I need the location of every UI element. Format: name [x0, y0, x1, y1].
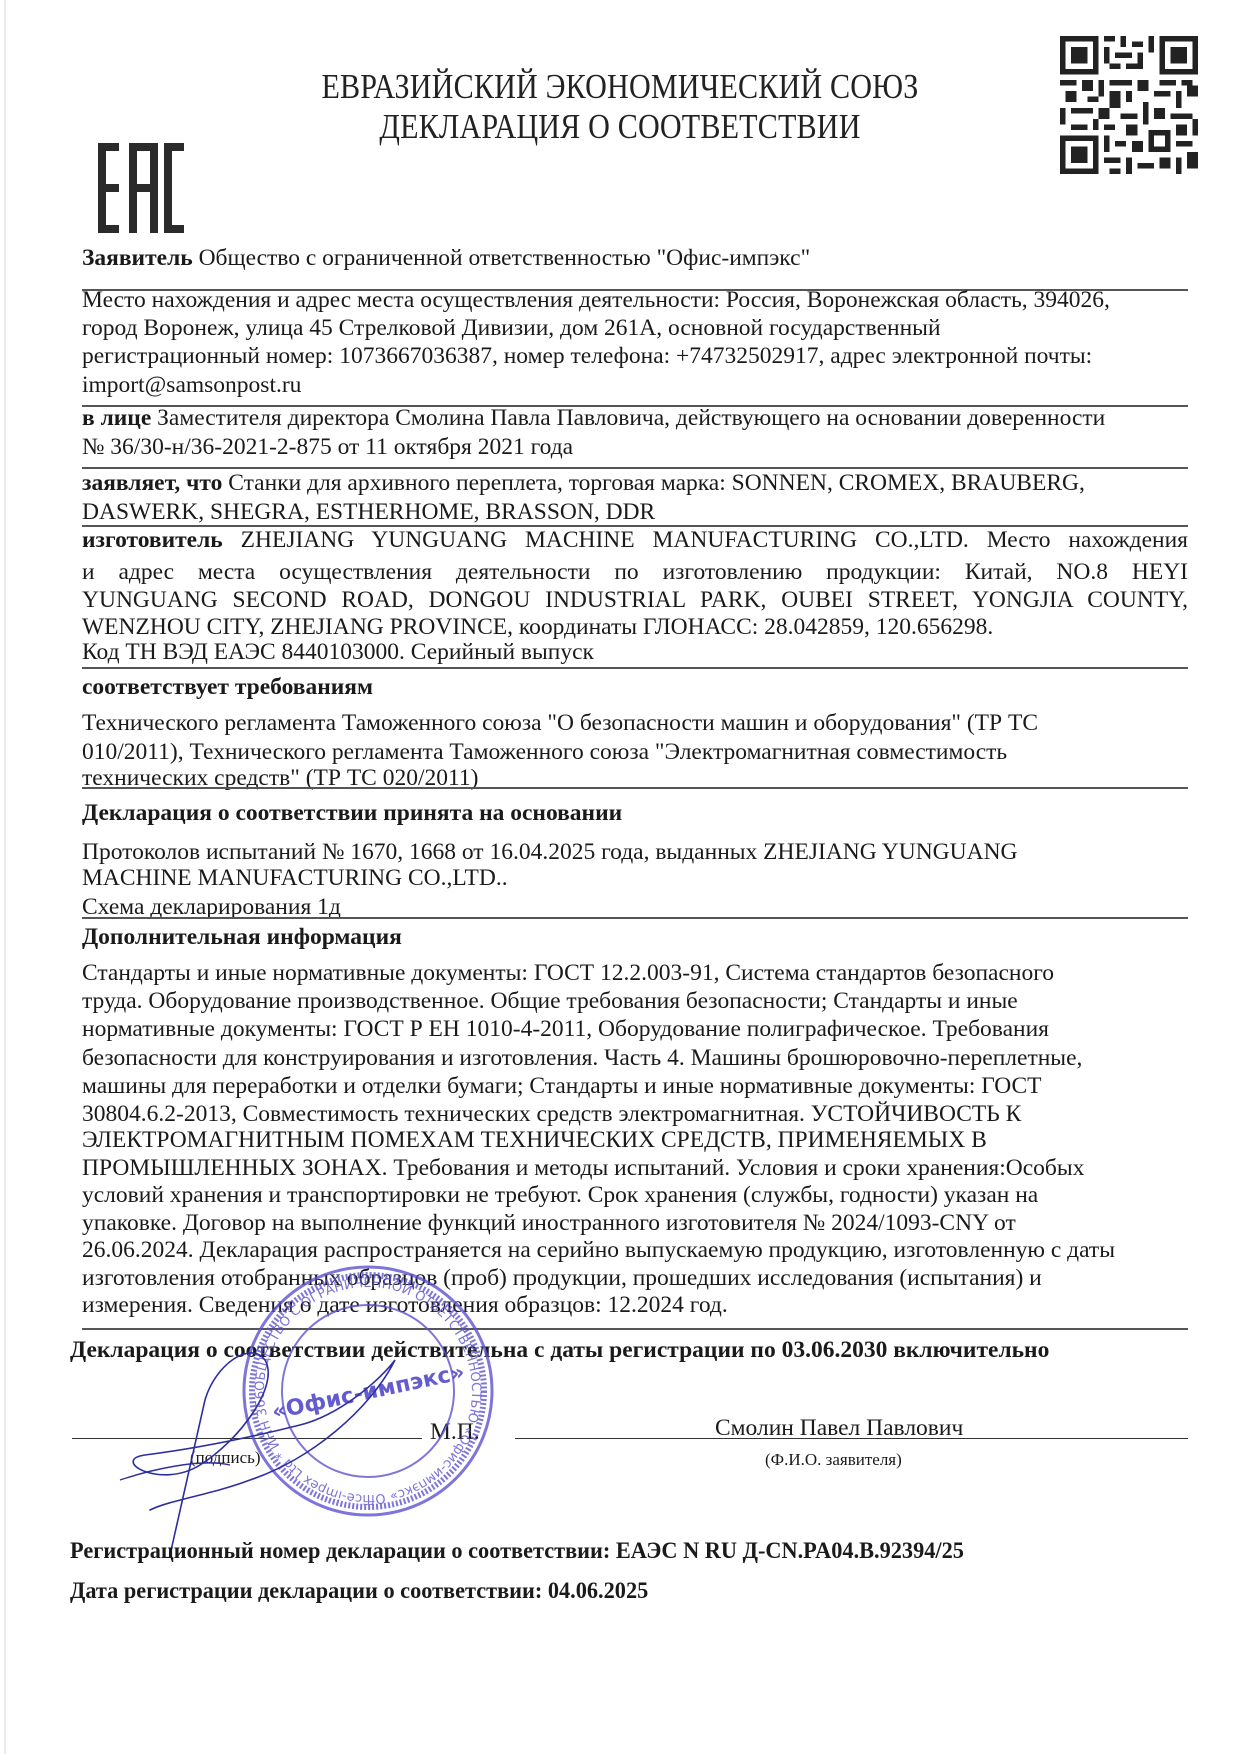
additional-line: 30804.6.2-2013, Совместимость технически…	[82, 1100, 1021, 1128]
representative-line-1: в лице Заместителя директора Смолина Пав…	[82, 404, 1105, 432]
applicant-label: Заявитель	[82, 245, 193, 271]
additional-line: условий хранения и транспортировки не тр…	[82, 1181, 1038, 1209]
basis-line-2: MACHINE MANUFACTURING CO.,LTD..	[82, 864, 508, 892]
applicant-line: Заявитель Общество с ограниченной ответс…	[82, 244, 810, 272]
declares-line-1: заявляет, что Станки для архивного переп…	[82, 469, 1085, 497]
address-line-1: Место нахождения и адрес места осуществл…	[82, 286, 1110, 314]
registration-date-label: Дата регистрации декларации о соответств…	[70, 1578, 542, 1603]
manufacturer-name: ZHEJIANG YUNGUANG MACHINE MANUFACTURING …	[241, 527, 1188, 553]
manufacturer-line-4: WENZHOU CITY, ZHEJIANG PROVINCE, координ…	[82, 613, 993, 641]
divider	[82, 917, 1188, 919]
address-line-3: регистрационный номер: 1073667036387, но…	[82, 342, 1092, 370]
additional-line: нормативные документы: ГОСТ Р ЕН 1010-4-…	[82, 1015, 1049, 1043]
additional-line: ЭЛЕКТРОМАГНИТНЫМ ПОМЕХАМ ТЕХНИЧЕСКИХ СРЕ…	[82, 1126, 987, 1154]
applicant-name: Смолин Павел Павлович	[715, 1414, 963, 1442]
manufacturer-line-2: и адрес места осуществления деятельности…	[82, 558, 1188, 586]
name-caption: (Ф.И.О. заявителя)	[765, 1446, 902, 1474]
product-text: Станки для архивного переплета, торговая…	[228, 470, 1085, 496]
handwritten-signature-icon	[90, 1330, 420, 1560]
eac-logo-icon	[98, 143, 184, 233]
manufacturer-line-3: YUNGUANG SECOND ROAD, DONGOU INDUSTRIAL …	[82, 586, 1188, 614]
divider	[82, 667, 1188, 669]
address-line-2: город Воронеж, улица 45 Стрелковой Дивиз…	[82, 314, 941, 342]
additional-line: изготовления отобранных образцов (проб) …	[82, 1264, 1042, 1292]
email-link[interactable]: import@samsonpost.ru	[82, 371, 301, 399]
requirements-heading: соответствует требованиям	[82, 673, 373, 701]
additional-heading: Дополнительная информация	[82, 923, 402, 951]
representative-label: в лице	[82, 405, 151, 431]
additional-line: Стандарты и иные нормативные документы: …	[82, 959, 1054, 987]
additional-line: безопасности для конструирования и изгот…	[82, 1044, 1082, 1072]
additional-line: упаковке. Договор на выполнение функций …	[82, 1209, 1016, 1237]
basis-heading: Декларация о соответствии принята на осн…	[82, 799, 622, 827]
scan-edge	[4, 0, 6, 1754]
registration-number-label: Регистрационный номер декларации о соотв…	[70, 1538, 610, 1563]
registration-date-line: Дата регистрации декларации о соответств…	[70, 1578, 648, 1604]
declaration-page: ЕВРАЗИЙСКИЙ ЭКОНОМИЧЕСКИЙ СОЮЗ ДЕКЛАРАЦИ…	[0, 0, 1240, 1754]
registration-number-line: Регистрационный номер декларации о соотв…	[70, 1538, 964, 1564]
manufacturer-line-1: изготовитель ZHEJIANG YUNGUANG MACHINE M…	[82, 526, 1188, 554]
qr-code-icon	[1060, 36, 1198, 174]
representative-line-2: № 36/30-н/36-2021-2-875 от 11 октября 20…	[82, 433, 573, 461]
requirements-line-2: 010/2011), Технического регламента Тамож…	[82, 738, 1007, 766]
additional-line: машины для переработки и отделки бумаги;…	[82, 1072, 1042, 1100]
registration-date: 04.06.2025	[548, 1578, 648, 1603]
applicant-value: Общество с ограниченной ответственностью…	[199, 245, 811, 271]
declares-line-2: DASWERK, SHEGRA, ESTHERHOME, BRASSON, DD…	[82, 498, 655, 526]
requirements-line-1: Технического регламента Таможенного союз…	[82, 709, 1038, 737]
basis-line-1: Протоколов испытаний № 1670, 1668 от 16.…	[82, 838, 1018, 866]
additional-line: 26.06.2024. Декларация распространяется …	[82, 1236, 1115, 1264]
title-declaration: ДЕКЛАРАЦИЯ О СООТВЕТСТВИИ	[302, 107, 938, 147]
manufacturer-label: изготовитель	[82, 527, 223, 553]
registration-number: ЕАЭС N RU Д-CN.PA04.B.92394/25	[616, 1538, 964, 1563]
representative-text: Заместителя директора Смолина Павла Павл…	[157, 405, 1105, 431]
title-union: ЕВРАЗИЙСКИЙ ЭКОНОМИЧЕСКИЙ СОЮЗ	[302, 67, 938, 107]
divider	[82, 787, 1188, 789]
manufacturer-line-5: Код ТН ВЭД ЕАЭС 8440103000. Серийный вып…	[82, 638, 594, 666]
declares-label: заявляет, что	[82, 470, 222, 496]
additional-line: труда. Оборудование производственное. Об…	[82, 987, 1018, 1015]
additional-line: ПРОМЫШЛЕННЫХ ЗОНАХ. Требования и методы …	[82, 1154, 1084, 1182]
